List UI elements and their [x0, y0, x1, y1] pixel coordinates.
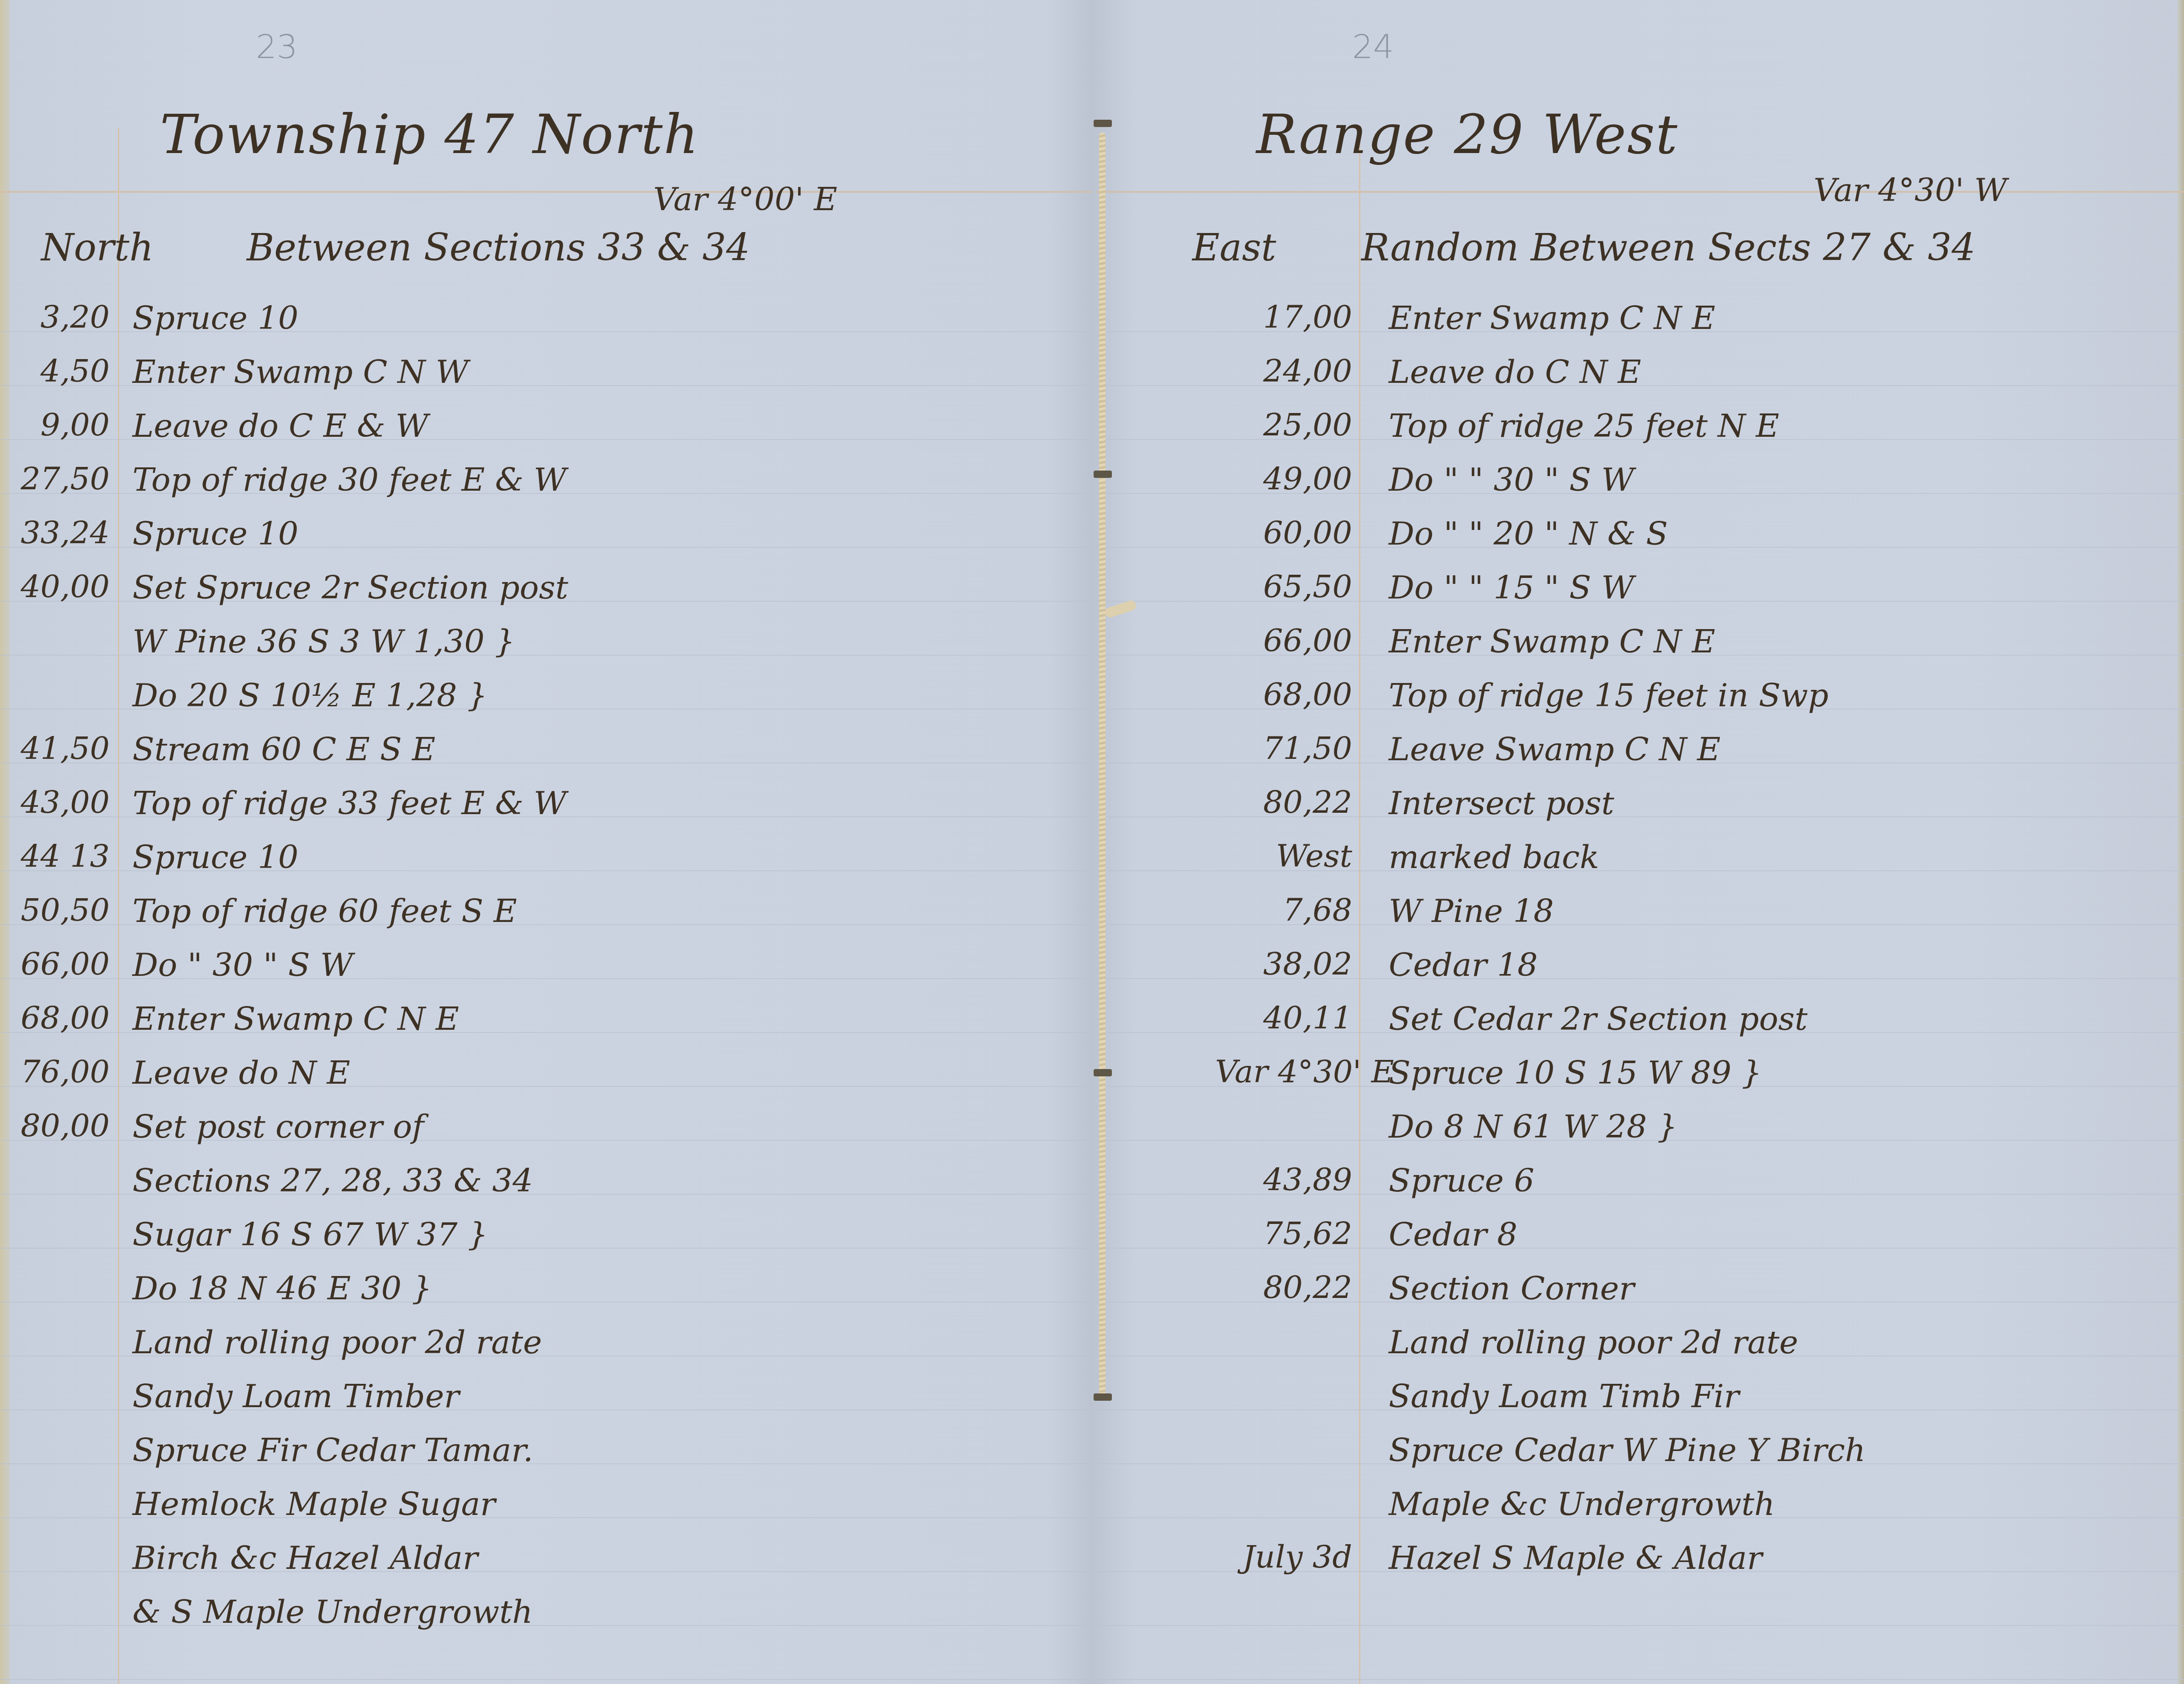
column-header-text: Between Sections 33 & 34	[247, 226, 750, 270]
entry-distance: July 3d	[1215, 1539, 1352, 1575]
entry-note: Enter Swamp C N W	[132, 353, 469, 391]
entry-note: marked back	[1389, 838, 1599, 876]
margin-line	[118, 128, 119, 1684]
right-page: 24 Range 29 West Var 4°30' W East Random…	[1096, 0, 2184, 1684]
entry-note: Section Corner	[1389, 1270, 1634, 1307]
entry-note: Do 18 N 46 E 30 }	[132, 1270, 432, 1307]
entry-note: Birch &c Hazel Aldar	[132, 1539, 478, 1577]
entry-distance: 50,50	[0, 892, 110, 928]
entry-note: Leave do N E	[132, 1054, 350, 1091]
entry-distance: 43,00	[0, 784, 110, 821]
entry-distance: 9,00	[0, 407, 110, 443]
entry-distance: 17,00	[1215, 299, 1352, 335]
entry-note: Stream 60 C E S E	[132, 731, 435, 768]
ruled-line	[1096, 1679, 2184, 1680]
entry-note: Do " 30 " S W	[132, 946, 353, 984]
variation-note: Var 4°30' W	[1814, 171, 2007, 209]
column-header-text: Random Between Sects 27 & 34	[1361, 226, 1975, 270]
entry-note: Set Cedar 2r Section post	[1389, 1000, 1808, 1038]
entry-note: Cedar 18	[1389, 946, 1538, 984]
entry-note: Intersect post	[1389, 784, 1614, 822]
entry-note: Do " " 15 " S W	[1389, 569, 1634, 606]
column-header-direction: North	[41, 226, 153, 270]
entry-distance: 71,50	[1215, 731, 1352, 767]
page-edge	[2178, 0, 2184, 1684]
entry-note: Set post corner of	[132, 1108, 424, 1145]
entry-note: Top of ridge 15 feet in Swp	[1389, 677, 1829, 714]
binding-stitch	[1094, 1069, 1112, 1076]
entry-note: Do 20 S 10½ E 1,28 }	[132, 677, 487, 714]
entry-note: Set Spruce 2r Section post	[132, 569, 568, 606]
entry-note: Spruce 10	[132, 838, 298, 876]
entry-distance: 68,00	[0, 1000, 110, 1036]
entry-distance: West	[1215, 838, 1352, 874]
entry-distance: 38,02	[1215, 946, 1352, 982]
entry-note: Spruce 10	[132, 299, 298, 337]
entry-distance: 25,00	[1215, 407, 1352, 443]
entry-note: Spruce 10	[132, 515, 298, 552]
entry-distance: 75,62	[1215, 1216, 1352, 1252]
binding-stitch	[1094, 1393, 1112, 1401]
entry-distance: 7,68	[1215, 892, 1352, 928]
entry-distance: 66,00	[1215, 623, 1352, 659]
entry-note: Do 8 N 61 W 28 }	[1389, 1108, 1677, 1145]
entry-distance: 80,22	[1215, 784, 1352, 821]
entry-note: Top of ridge 25 feet N E	[1389, 407, 1779, 445]
binding-thread	[1099, 132, 1105, 1398]
ledger-spread: 23 Township 47 North Var 4°00' E North B…	[0, 0, 2184, 1684]
entry-note: Do " " 30 " S W	[1389, 461, 1634, 498]
entry-distance: 41,50	[0, 731, 110, 767]
page-title: Range 29 West	[1256, 103, 1678, 166]
entry-note: Top of ridge 30 feet E & W	[132, 461, 566, 498]
entry-note: Leave do C E & W	[132, 407, 428, 445]
entry-note: Leave Swamp C N E	[1389, 731, 1720, 768]
entry-note: Enter Swamp C N E	[1389, 623, 1715, 660]
entry-note: Sandy Loam Timb Fir	[1389, 1377, 1739, 1415]
left-page: 23 Township 47 North Var 4°00' E North B…	[0, 0, 1092, 1684]
entry-note: Cedar 8	[1389, 1216, 1518, 1253]
entry-note: W Pine 18	[1389, 892, 1554, 930]
entry-note: Spruce 6	[1389, 1162, 1534, 1199]
entry-distance: 40,00	[0, 569, 110, 605]
entry-distance: 24,00	[1215, 353, 1352, 389]
entry-note: Do " " 20 " N & S	[1389, 515, 1668, 552]
ruled-line	[1096, 1625, 2184, 1626]
entry-distance: 80,00	[0, 1108, 110, 1144]
header-rule	[1096, 191, 2184, 193]
entry-distance: 60,00	[1215, 515, 1352, 551]
entry-note: & S Maple Undergrowth	[132, 1593, 533, 1631]
entry-note: Enter Swamp C N E	[1389, 299, 1715, 337]
entry-distance: 49,00	[1215, 461, 1352, 497]
entry-note: Maple &c Undergrowth	[1389, 1485, 1775, 1523]
entry-note: Sandy Loam Timber	[132, 1377, 460, 1415]
entry-note: Hazel S Maple & Aldar	[1389, 1539, 1762, 1577]
entry-distance: 43,89	[1215, 1162, 1352, 1198]
variation-note: Var 4°00' E	[653, 180, 837, 218]
entry-distance: 27,50	[0, 461, 110, 497]
entry-distance: 76,00	[0, 1054, 110, 1090]
entry-distance: 4,50	[0, 353, 110, 389]
entry-distance: 3,20	[0, 299, 110, 335]
header-rule	[0, 191, 1092, 193]
margin-line	[1359, 128, 1360, 1684]
ruled-line	[0, 1679, 1092, 1680]
binding-stitch	[1094, 471, 1112, 478]
entry-note: Land rolling poor 2d rate	[1389, 1324, 1798, 1361]
entry-note: Hemlock Maple Sugar	[132, 1485, 496, 1523]
entry-distance: 68,00	[1215, 677, 1352, 713]
entry-distance: 33,24	[0, 515, 110, 551]
page-title: Township 47 North	[160, 103, 699, 166]
entry-note: Sections 27, 28, 33 & 34	[132, 1162, 533, 1199]
page-number: 23	[256, 27, 298, 66]
entry-distance: 80,22	[1215, 1270, 1352, 1306]
entry-note: Enter Swamp C N E	[132, 1000, 459, 1038]
entry-distance: 44 13	[0, 838, 110, 874]
entry-note: Top of ridge 60 feet S E	[132, 892, 517, 930]
entry-note: Spruce Fir Cedar Tamar.	[132, 1431, 533, 1469]
entry-note: Land rolling poor 2d rate	[132, 1324, 542, 1361]
entry-distance: 65,50	[1215, 569, 1352, 605]
entry-note: W Pine 36 S 3 W 1,30 }	[132, 623, 515, 660]
entry-note: Spruce Cedar W Pine Y Birch	[1389, 1431, 1866, 1469]
entry-note: Leave do C N E	[1389, 353, 1641, 391]
entry-distance: Var 4°30' E	[1215, 1054, 1352, 1090]
entry-distance: 66,00	[0, 946, 110, 982]
binding-stitch	[1094, 120, 1112, 127]
entry-note: Top of ridge 33 feet E & W	[132, 784, 566, 822]
entry-note: Sugar 16 S 67 W 37 }	[132, 1216, 488, 1253]
page-number: 24	[1352, 27, 1394, 66]
entry-distance: 40,11	[1215, 1000, 1352, 1036]
column-header-direction: East	[1192, 226, 1276, 270]
entry-note: Spruce 10 S 15 W 89 }	[1389, 1054, 1762, 1091]
